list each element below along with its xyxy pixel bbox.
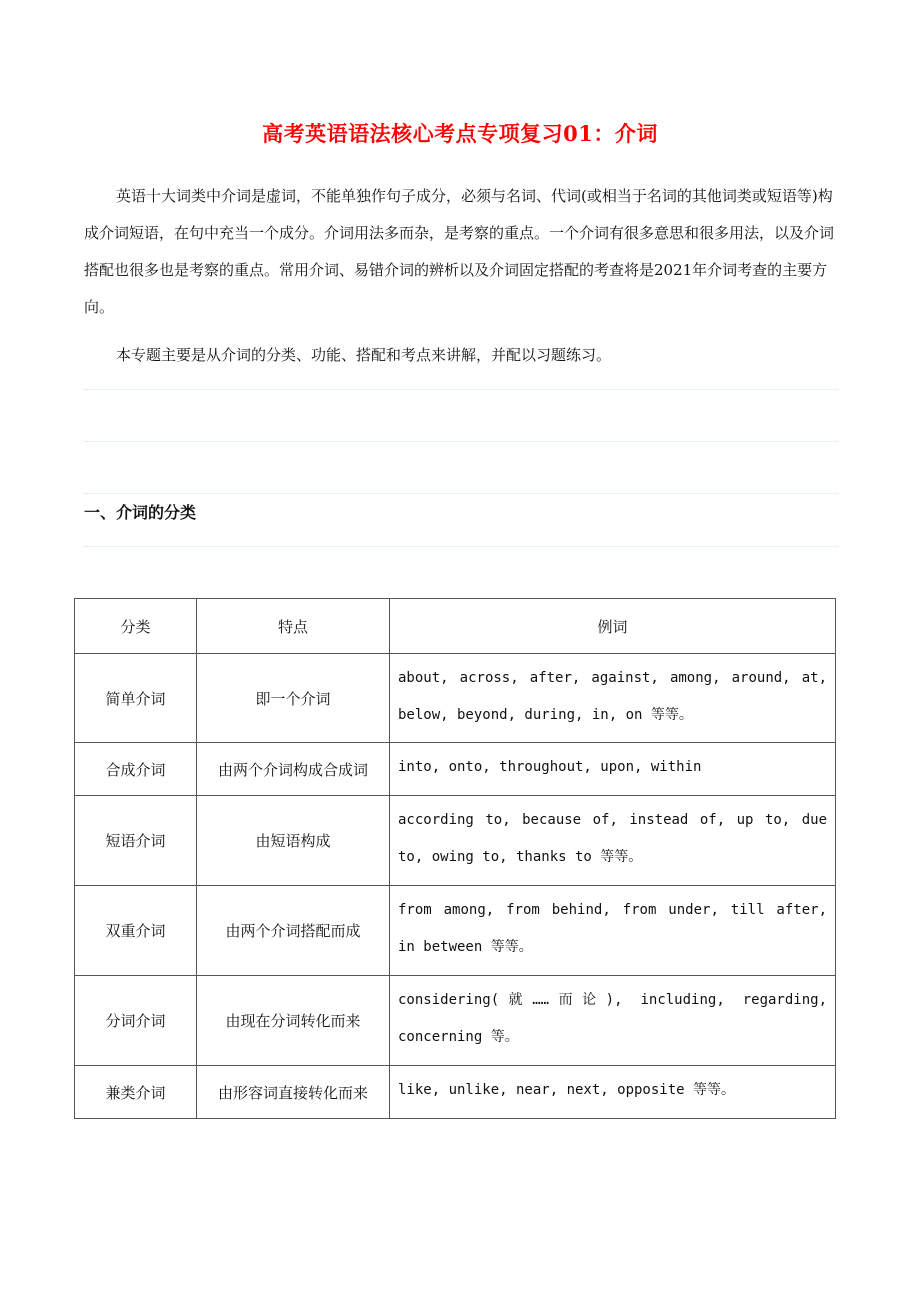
cell-feature: 由形容词直接转化而来 [197, 1066, 390, 1119]
cell-examples: about, across, after, against, among, ar… [390, 654, 836, 743]
section-heading: 一、介词的分类 [84, 500, 196, 523]
divider [84, 493, 838, 494]
cell-examples: considering(就……而论), including, regarding… [390, 976, 836, 1066]
table-row: 分词介词 由现在分词转化而来 considering(就……而论), inclu… [75, 976, 836, 1066]
scope-paragraph: 本专题主要是从介词的分类、功能、搭配和考点来讲解，并配以习题练习。 [84, 337, 836, 374]
cell-category: 双重介词 [75, 886, 197, 976]
cell-examples: from among, from behind, from under, til… [390, 886, 836, 976]
cell-category: 分词介词 [75, 976, 197, 1066]
cell-feature: 由现在分词转化而来 [197, 976, 390, 1066]
table-row: 简单介词 即一个介词 about, across, after, against… [75, 654, 836, 743]
cell-category: 短语介词 [75, 796, 197, 886]
document-title: 高考英语语法核心考点专项复习01：介词 [0, 118, 920, 148]
divider [84, 546, 838, 547]
cell-examples: into, onto, throughout, upon, within [390, 743, 836, 796]
cell-category: 兼类介词 [75, 1066, 197, 1119]
cell-category: 合成介词 [75, 743, 197, 796]
header-examples: 例词 [390, 599, 836, 654]
cell-examples: like, unlike, near, next, opposite 等等。 [390, 1066, 836, 1119]
cell-feature: 由短语构成 [197, 796, 390, 886]
header-feature: 特点 [197, 599, 390, 654]
cell-category: 简单介词 [75, 654, 197, 743]
divider [84, 389, 838, 390]
table-row: 合成介词 由两个介词构成合成词 into, onto, throughout, … [75, 743, 836, 796]
cell-feature: 由两个介词构成合成词 [197, 743, 390, 796]
header-category: 分类 [75, 599, 197, 654]
intro-paragraph: 英语十大词类中介词是虚词，不能单独作句子成分，必须与名词、代词(或相当于名词的其… [84, 178, 836, 326]
table-row: 双重介词 由两个介词搭配而成 from among, from behind, … [75, 886, 836, 976]
table-header-row: 分类 特点 例词 [75, 599, 836, 654]
table-row: 兼类介词 由形容词直接转化而来 like, unlike, near, next… [75, 1066, 836, 1119]
cell-examples: according to, because of, instead of, up… [390, 796, 836, 886]
cell-feature: 即一个介词 [197, 654, 390, 743]
classification-table: 分类 特点 例词 简单介词 即一个介词 about, across, after… [74, 598, 836, 1119]
cell-feature: 由两个介词搭配而成 [197, 886, 390, 976]
table-row: 短语介词 由短语构成 according to, because of, ins… [75, 796, 836, 886]
divider [84, 441, 838, 442]
